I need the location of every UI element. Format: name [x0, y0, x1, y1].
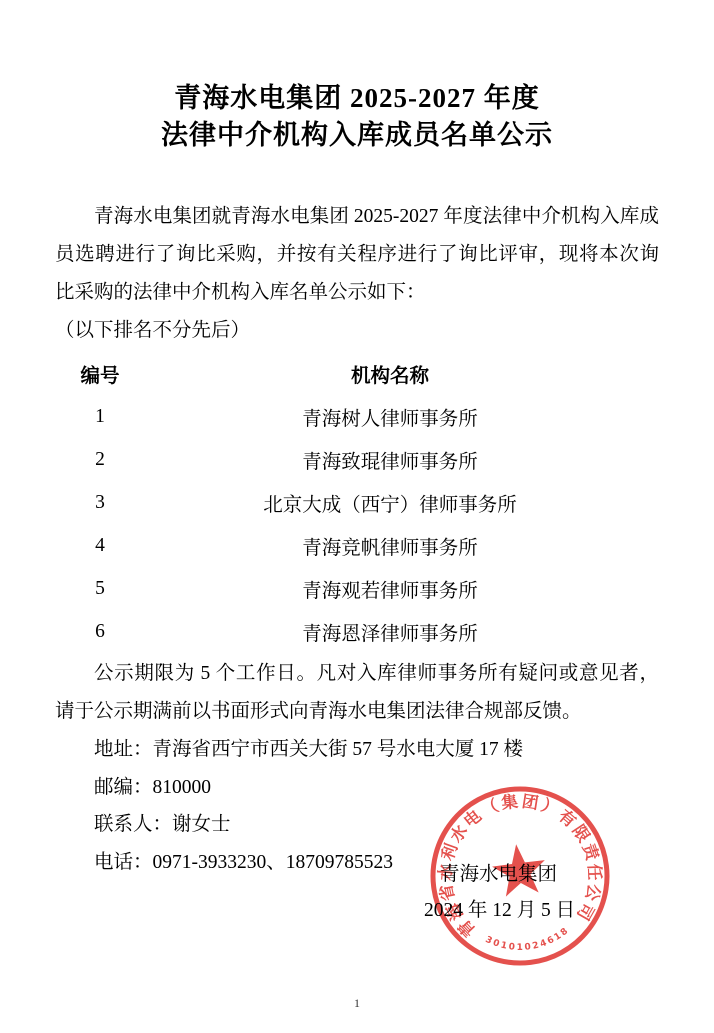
table-row: 3 北京大成（西宁）律师事务所 — [55, 481, 659, 524]
phone-line: 电话：0971-3933230、18709785523 — [55, 844, 659, 882]
doc-title-line-2: 法律中介机构入库成员名单公示 — [55, 117, 659, 154]
contact-block: 地址：青海省西宁市西关大街 57 号水电大厦 17 楼 邮编：810000 联系… — [55, 731, 659, 881]
doc-title: 青海水电集团 2025-2027 年度 法律中介机构入库成员名单公示 — [55, 80, 659, 154]
document-body: 青海水电集团 2025-2027 年度 法律中介机构入库成员名单公示 青海水电集… — [0, 0, 714, 1033]
table-row: 4 青海竞帆律师事务所 — [55, 524, 659, 567]
signature-company: 青海水电集团 — [440, 858, 557, 886]
contact-person-line: 联系人：谢女士 — [55, 806, 659, 844]
ranking-note: （以下排名不分先后） — [55, 312, 659, 350]
notice-paragraph: 公示期限为 5 个工作日。凡对入库律师事务所有疑问或意见者，请于公示期满前以书面… — [55, 655, 659, 731]
notice-block: 公示期限为 5 个工作日。凡对入库律师事务所有疑问或意见者，请于公示期满前以书面… — [55, 655, 659, 731]
address-line: 地址：青海省西宁市西关大街 57 号水电大厦 17 楼 — [55, 731, 659, 769]
doc-title-line-1: 青海水电集团 2025-2027 年度 — [55, 80, 659, 117]
document-page: { "title": { "line1": "青海水电集团 2025-2027 … — [0, 0, 714, 1033]
row-number: 4 — [55, 535, 145, 557]
intro-paragraph: 青海水电集团就青海水电集团 2025-2027 年度法律中介机构入库成员选聘进行… — [55, 198, 659, 312]
table-header-no: 编号 — [55, 360, 145, 388]
roster-table: 编号 机构名称 1 青海树人律师事务所 2 青海致琨律师事务所 3 北京大成（西… — [55, 353, 659, 653]
table-row: 1 青海树人律师事务所 — [55, 395, 659, 438]
table-row: 6 青海恩泽律师事务所 — [55, 610, 659, 653]
row-number: 3 — [55, 492, 145, 514]
table-header-name: 机构名称 — [145, 360, 659, 388]
signature-date: 2024 年 12 月 5 日 — [424, 894, 575, 922]
row-number: 6 — [55, 621, 145, 643]
institution-name: 青海恩泽律师事务所 — [145, 618, 659, 646]
institution-name: 青海致琨律师事务所 — [145, 446, 659, 474]
institution-name: 青海树人律师事务所 — [145, 403, 659, 431]
table-row: 2 青海致琨律师事务所 — [55, 438, 659, 481]
postcode-line: 邮编：810000 — [55, 769, 659, 807]
row-number: 5 — [55, 578, 145, 600]
row-number: 2 — [55, 449, 145, 471]
institution-name: 青海观若律师事务所 — [145, 575, 659, 603]
row-number: 1 — [55, 406, 145, 428]
institution-name: 北京大成（西宁）律师事务所 — [145, 489, 659, 517]
intro-block: 青海水电集团就青海水电集团 2025-2027 年度法律中介机构入库成员选聘进行… — [55, 198, 659, 350]
page-number: 1 — [0, 996, 714, 1011]
table-row: 5 青海观若律师事务所 — [55, 567, 659, 610]
table-header-row: 编号 机构名称 — [55, 353, 659, 395]
institution-name: 青海竞帆律师事务所 — [145, 532, 659, 560]
